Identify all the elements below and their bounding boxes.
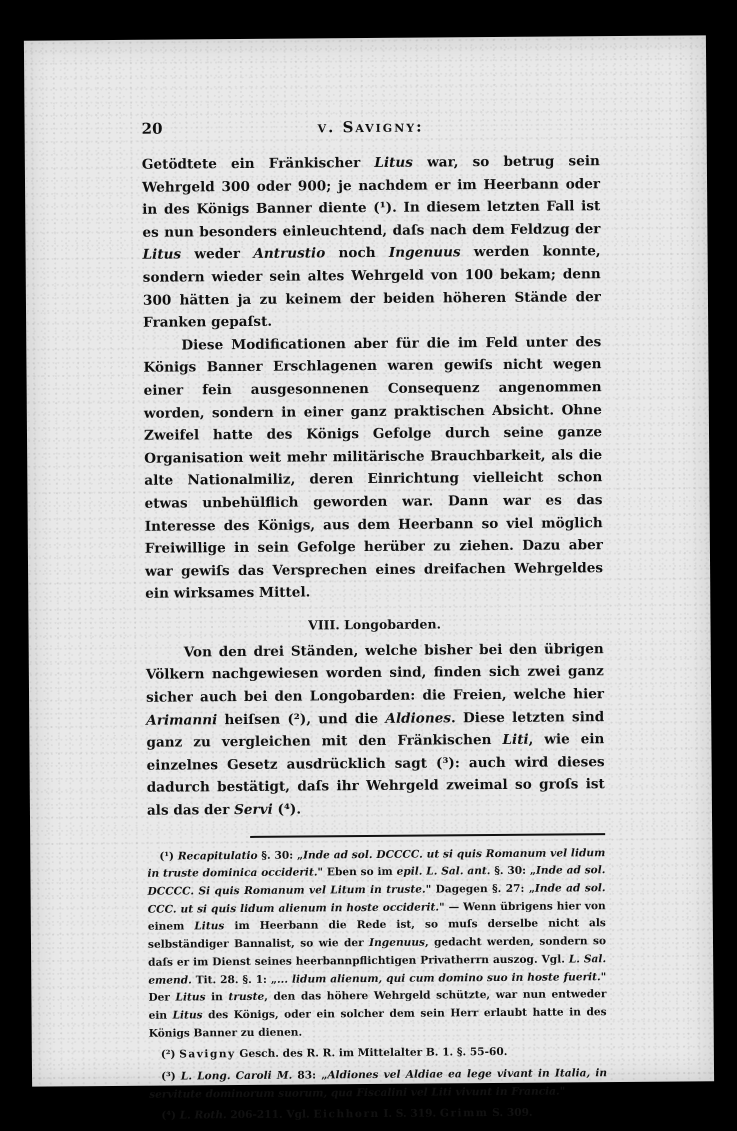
- footnote-1: (¹) Recapitulatio §. 30: „Inde ad sol. D…: [147, 845, 607, 1043]
- paragraph-3: Von den drei Ständen, welche bisher bei …: [146, 638, 605, 822]
- running-title: v. Savigny:: [142, 116, 600, 138]
- section-heading: VIII. Longobarden.: [145, 612, 603, 638]
- running-head: 20 v. Savigny:: [142, 116, 600, 144]
- footnote-3: (³) L. Long. Caroli M. 83: „Aldiones vel…: [149, 1065, 607, 1104]
- footnotes: (¹) Recapitulatio §. 30: „Inde ad sol. D…: [147, 845, 607, 1111]
- paragraph-2: Diese Modificationen aber für die im Fel…: [143, 331, 603, 606]
- footnote-rule: [250, 833, 605, 838]
- text-block: 20 v. Savigny: Getödtete ein Fränkischer…: [142, 116, 608, 1111]
- body-text: Getödtete ein Fränkischer Litus war, so …: [142, 150, 605, 822]
- paragraph-1: Getödtete ein Fränkischer Litus war, so …: [142, 150, 601, 334]
- footnote-4: (⁴) L. Roth. 206-211. Vgl. Eichhorn I. S…: [149, 1105, 607, 1111]
- footnote-2: (²) Savigny Gesch. des R. R. im Mittelal…: [149, 1044, 607, 1065]
- scanned-book-page: 20 v. Savigny: Getödtete ein Fränkischer…: [24, 35, 714, 1086]
